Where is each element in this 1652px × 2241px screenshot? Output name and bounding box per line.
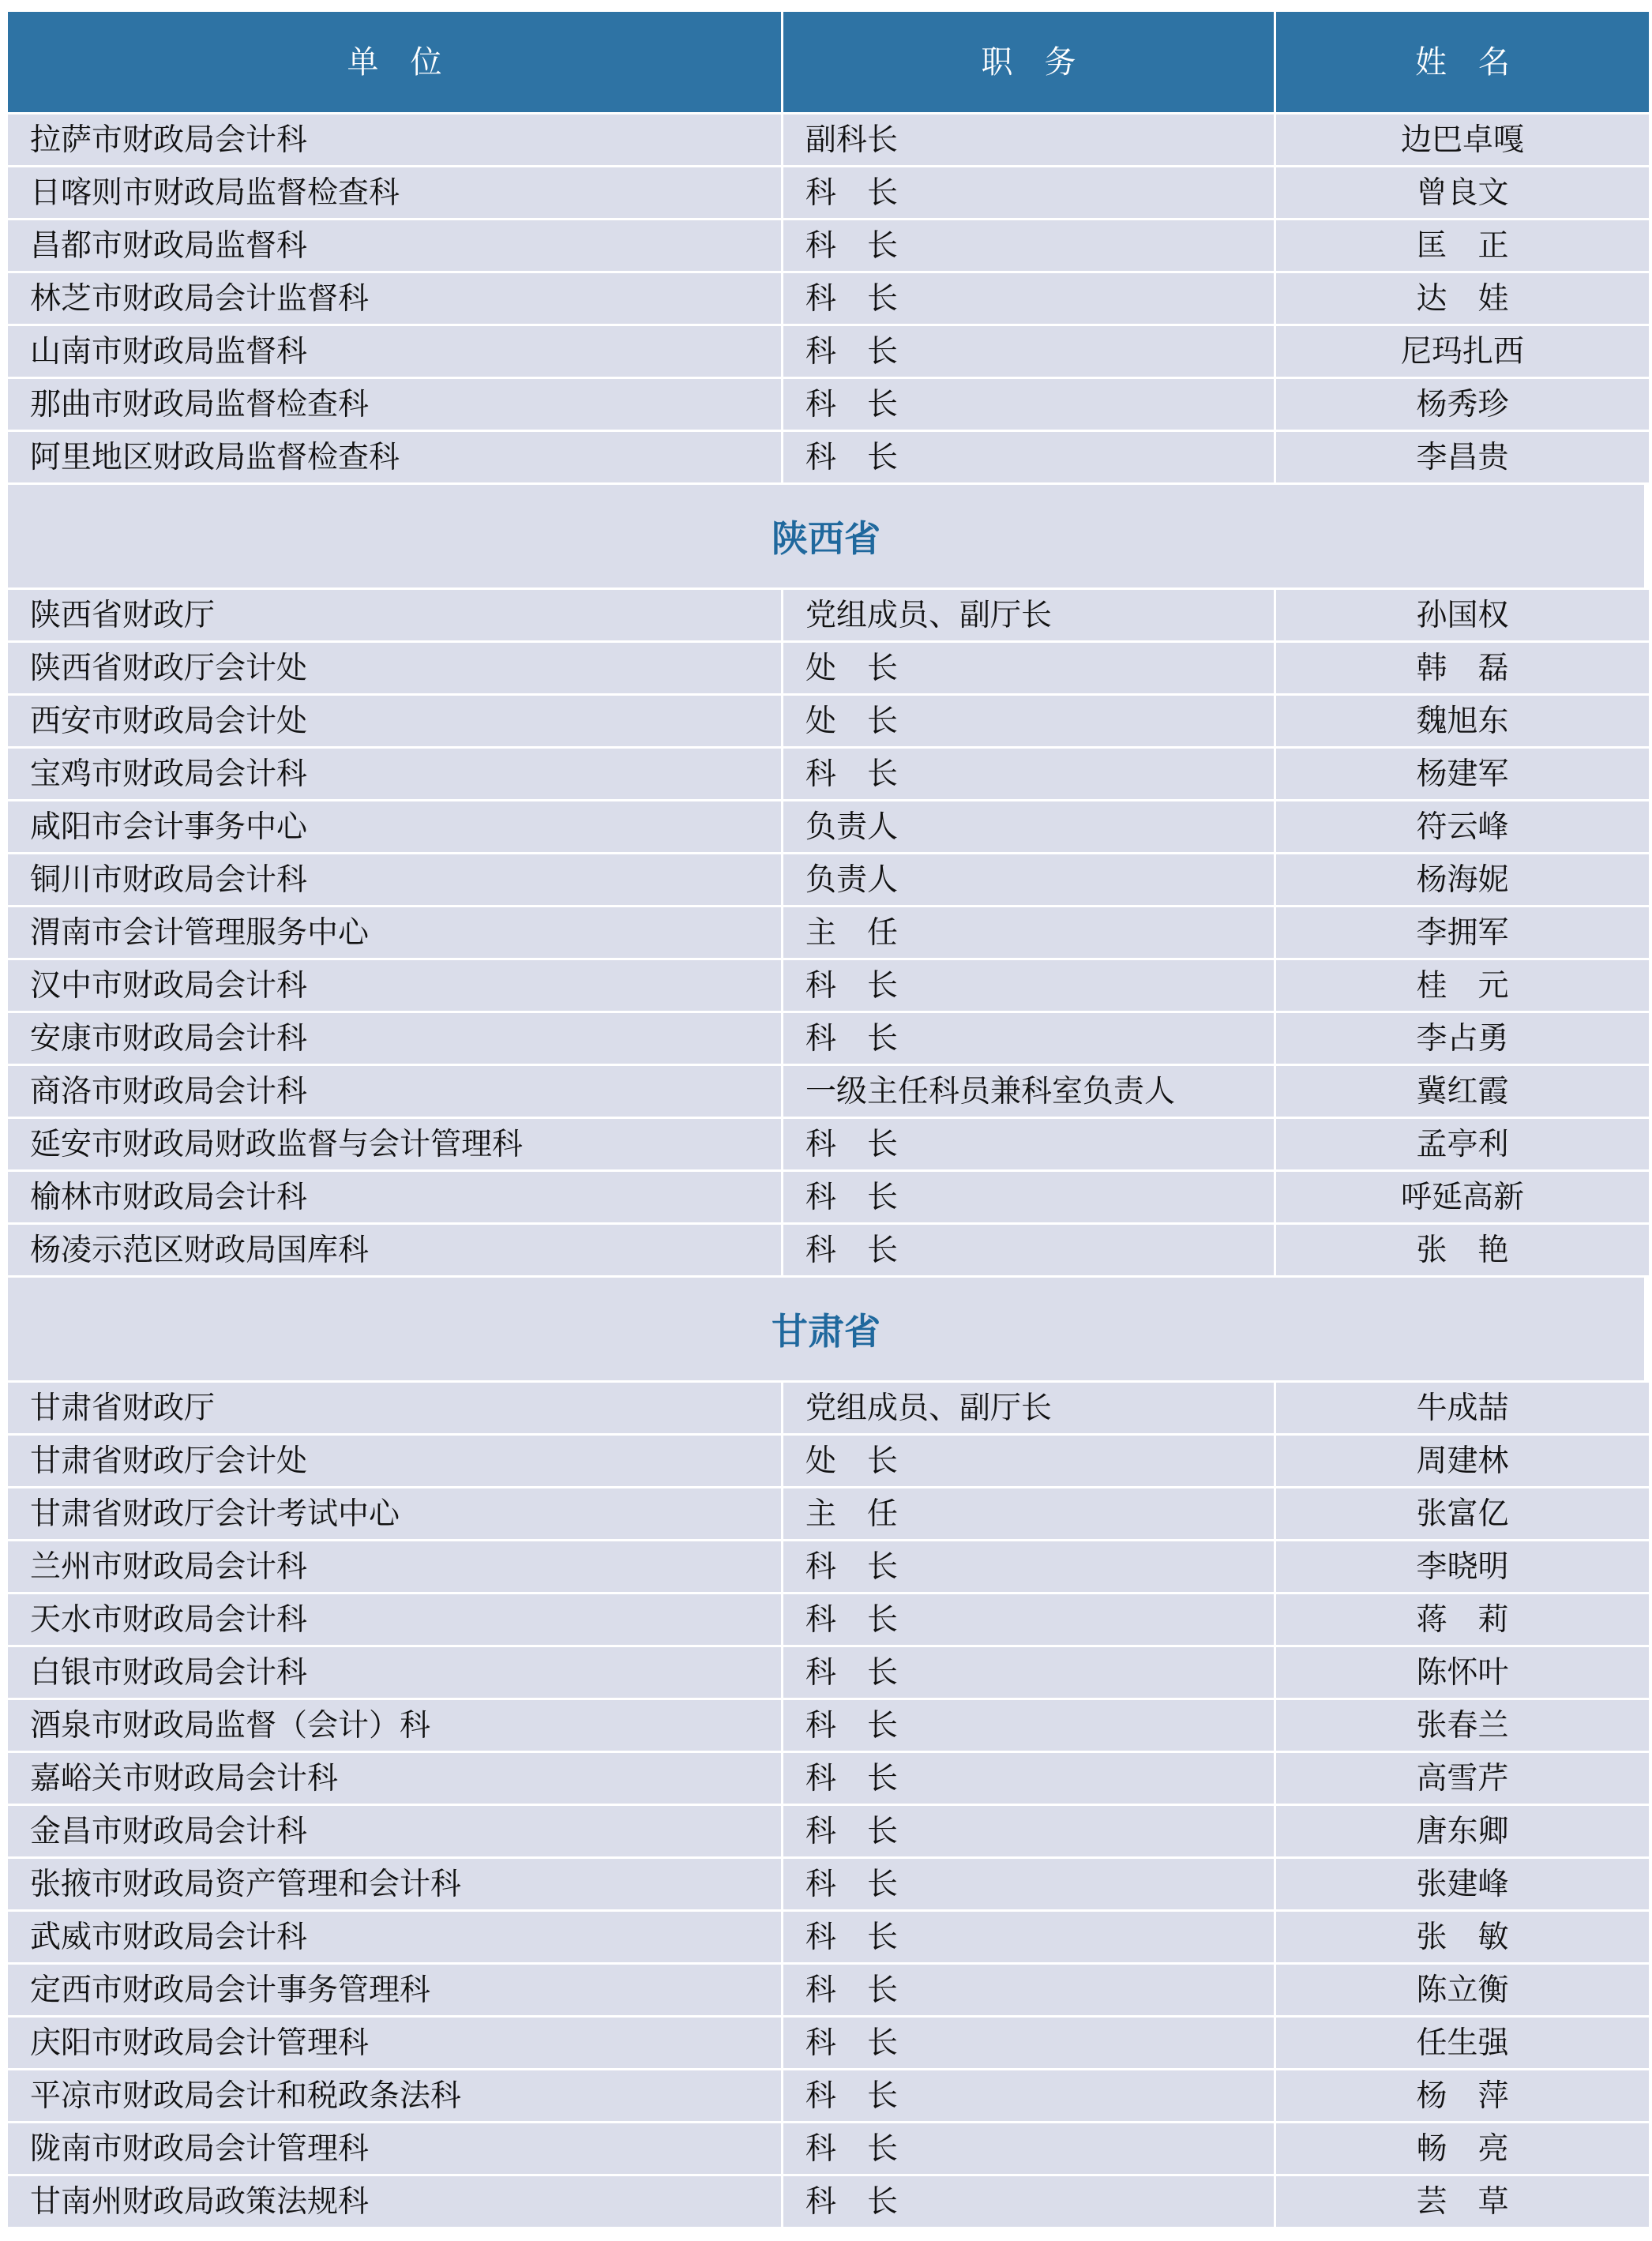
table-row: 张掖市财政局资产管理和会计科科 长张建峰	[8, 1859, 1644, 1909]
unit-cell: 金昌市财政局会计科	[8, 1806, 781, 1856]
unit-cell: 酒泉市财政局监督（会计）科	[8, 1700, 781, 1751]
name-cell: 张建峰	[1276, 1859, 1649, 1909]
name-cell: 唐东卿	[1276, 1806, 1649, 1856]
table-row: 定西市财政局会计事务管理科科 长陈立衡	[8, 1965, 1644, 2015]
table-row: 林芝市财政局会计监督科科 长达 娃	[8, 273, 1644, 324]
table-row: 延安市财政局财政监督与会计管理科科 长孟亭利	[8, 1119, 1644, 1169]
name-cell: 尼玛扎西	[1276, 326, 1649, 377]
name-cell: 周建林	[1276, 1436, 1649, 1486]
position-cell: 科 长	[783, 1912, 1274, 1962]
table-row: 那曲市财政局监督检查科科 长杨秀珍	[8, 379, 1644, 430]
table-row: 甘肃省财政厅会计考试中心主 任张富亿	[8, 1488, 1644, 1539]
name-cell: 呼延高新	[1276, 1172, 1649, 1222]
column-header-position: 职 务	[783, 12, 1274, 112]
unit-cell: 渭南市会计管理服务中心	[8, 907, 781, 958]
name-cell: 杨海妮	[1276, 854, 1649, 905]
position-cell: 处 长	[783, 643, 1274, 693]
name-cell: 杨秀珍	[1276, 379, 1649, 430]
name-cell: 张富亿	[1276, 1488, 1649, 1539]
position-cell: 科 长	[783, 2176, 1274, 2227]
table-row: 甘南州财政局政策法规科科 长芸 草	[8, 2176, 1644, 2227]
unit-cell: 山南市财政局监督科	[8, 326, 781, 377]
position-cell: 科 长	[783, 379, 1274, 430]
unit-cell: 天水市财政局会计科	[8, 1594, 781, 1645]
name-cell: 杨 萍	[1276, 2070, 1649, 2121]
position-cell: 科 长	[783, 432, 1274, 482]
table-row: 杨凌示范区财政局国库科科 长张 艳	[8, 1225, 1644, 1275]
name-cell: 达 娃	[1276, 273, 1649, 324]
roster-table: 单 位 职 务 姓 名 拉萨市财政局会计科副科长边巴卓嘎日喀则市财政局监督检查科…	[8, 12, 1644, 2229]
table-row: 汉中市财政局会计科科 长桂 元	[8, 960, 1644, 1011]
unit-cell: 定西市财政局会计事务管理科	[8, 1965, 781, 2015]
unit-cell: 西安市财政局会计处	[8, 696, 781, 746]
position-cell: 科 长	[783, 2018, 1274, 2068]
position-cell: 党组成员、副厅长	[783, 1383, 1274, 1433]
position-cell: 科 长	[783, 960, 1274, 1011]
column-header-name: 姓 名	[1276, 12, 1649, 112]
table-row: 酒泉市财政局监督（会计）科科 长张春兰	[8, 1700, 1644, 1751]
table-row: 商洛市财政局会计科一级主任科员兼科室负责人冀红霞	[8, 1066, 1644, 1117]
table-row: 平凉市财政局会计和税政条法科科 长杨 萍	[8, 2070, 1644, 2121]
unit-cell: 白银市财政局会计科	[8, 1647, 781, 1698]
unit-cell: 汉中市财政局会计科	[8, 960, 781, 1011]
position-cell: 科 长	[783, 1013, 1274, 1064]
unit-cell: 商洛市财政局会计科	[8, 1066, 781, 1117]
table-row: 天水市财政局会计科科 长蒋 莉	[8, 1594, 1644, 1645]
name-cell: 李昌贵	[1276, 432, 1649, 482]
unit-cell: 陕西省财政厅会计处	[8, 643, 781, 693]
unit-cell: 昌都市财政局监督科	[8, 220, 781, 271]
table-header-row: 单 位 职 务 姓 名	[8, 12, 1644, 112]
unit-cell: 榆林市财政局会计科	[8, 1172, 781, 1222]
position-cell: 科 长	[783, 1594, 1274, 1645]
name-cell: 高雪芹	[1276, 1753, 1649, 1804]
unit-cell: 武威市财政局会计科	[8, 1912, 781, 1962]
name-cell: 李晓明	[1276, 1541, 1649, 1592]
table-row: 西安市财政局会计处处 长魏旭东	[8, 696, 1644, 746]
unit-cell: 宝鸡市财政局会计科	[8, 749, 781, 799]
position-cell: 科 长	[783, 1119, 1274, 1169]
position-cell: 副科长	[783, 114, 1274, 165]
unit-cell: 甘肃省财政厅会计处	[8, 1436, 781, 1486]
position-cell: 主 任	[783, 1488, 1274, 1539]
name-cell: 魏旭东	[1276, 696, 1649, 746]
position-cell: 科 长	[783, 273, 1274, 324]
name-cell: 李拥军	[1276, 907, 1649, 958]
position-cell: 主 任	[783, 907, 1274, 958]
position-cell: 科 长	[783, 1647, 1274, 1698]
position-cell: 科 长	[783, 1859, 1274, 1909]
unit-cell: 那曲市财政局监督检查科	[8, 379, 781, 430]
name-cell: 匡 正	[1276, 220, 1649, 271]
position-cell: 科 长	[783, 1965, 1274, 2015]
name-cell: 蒋 莉	[1276, 1594, 1649, 1645]
name-cell: 边巴卓嘎	[1276, 114, 1649, 165]
unit-cell: 咸阳市会计事务中心	[8, 801, 781, 852]
table-row: 宝鸡市财政局会计科科 长杨建军	[8, 749, 1644, 799]
unit-cell: 嘉峪关市财政局会计科	[8, 1753, 781, 1804]
table-row: 兰州市财政局会计科科 长李晓明	[8, 1541, 1644, 1592]
position-cell: 处 长	[783, 696, 1274, 746]
table-row: 金昌市财政局会计科科 长唐东卿	[8, 1806, 1644, 1856]
table-row: 嘉峪关市财政局会计科科 长高雪芹	[8, 1753, 1644, 1804]
position-cell: 科 长	[783, 1700, 1274, 1751]
column-header-unit: 单 位	[8, 12, 781, 112]
table-row: 山南市财政局监督科科 长尼玛扎西	[8, 326, 1644, 377]
unit-cell: 安康市财政局会计科	[8, 1013, 781, 1064]
position-cell: 科 长	[783, 220, 1274, 271]
unit-cell: 甘肃省财政厅	[8, 1383, 781, 1433]
unit-cell: 林芝市财政局会计监督科	[8, 273, 781, 324]
table-row: 陇南市财政局会计管理科科 长畅 亮	[8, 2123, 1644, 2174]
unit-cell: 延安市财政局财政监督与会计管理科	[8, 1119, 781, 1169]
table-row: 白银市财政局会计科科 长陈怀叶	[8, 1647, 1644, 1698]
table-row: 武威市财政局会计科科 长张 敏	[8, 1912, 1644, 1962]
unit-cell: 日喀则市财政局监督检查科	[8, 167, 781, 218]
table-row: 日喀则市财政局监督检查科科 长曾良文	[8, 167, 1644, 218]
position-cell: 科 长	[783, 1225, 1274, 1275]
table-row: 甘肃省财政厅党组成员、副厅长牛成喆	[8, 1383, 1644, 1433]
unit-cell: 铜川市财政局会计科	[8, 854, 781, 905]
name-cell: 张 敏	[1276, 1912, 1649, 1962]
name-cell: 陈立衡	[1276, 1965, 1649, 2015]
name-cell: 张春兰	[1276, 1700, 1649, 1751]
position-cell: 科 长	[783, 326, 1274, 377]
section-header-row: 陕西省	[8, 485, 1644, 587]
table-row: 甘肃省财政厅会计处处 长周建林	[8, 1436, 1644, 1486]
position-cell: 科 长	[783, 749, 1274, 799]
position-cell: 科 长	[783, 1806, 1274, 1856]
unit-cell: 甘南州财政局政策法规科	[8, 2176, 781, 2227]
position-cell: 科 长	[783, 1753, 1274, 1804]
name-cell: 张 艳	[1276, 1225, 1649, 1275]
unit-cell: 杨凌示范区财政局国库科	[8, 1225, 781, 1275]
table-row: 拉萨市财政局会计科副科长边巴卓嘎	[8, 114, 1644, 165]
unit-cell: 甘肃省财政厅会计考试中心	[8, 1488, 781, 1539]
name-cell: 桂 元	[1276, 960, 1649, 1011]
position-cell: 科 长	[783, 1541, 1274, 1592]
unit-cell: 陇南市财政局会计管理科	[8, 2123, 781, 2174]
position-cell: 一级主任科员兼科室负责人	[783, 1066, 1274, 1117]
table-row: 庆阳市财政局会计管理科科 长任生强	[8, 2018, 1644, 2068]
name-cell: 李占勇	[1276, 1013, 1649, 1064]
position-cell: 科 长	[783, 2070, 1274, 2121]
table-row: 陕西省财政厅会计处处 长韩 磊	[8, 643, 1644, 693]
position-cell: 科 长	[783, 2123, 1274, 2174]
unit-cell: 平凉市财政局会计和税政条法科	[8, 2070, 781, 2121]
table-row: 榆林市财政局会计科科 长呼延高新	[8, 1172, 1644, 1222]
unit-cell: 兰州市财政局会计科	[8, 1541, 781, 1592]
section-header-row: 甘肃省	[8, 1278, 1644, 1380]
name-cell: 陈怀叶	[1276, 1647, 1649, 1698]
position-cell: 负责人	[783, 801, 1274, 852]
table-row: 安康市财政局会计科科 长李占勇	[8, 1013, 1644, 1064]
name-cell: 芸 草	[1276, 2176, 1649, 2227]
unit-cell: 陕西省财政厅	[8, 590, 781, 640]
name-cell: 曾良文	[1276, 167, 1649, 218]
unit-cell: 拉萨市财政局会计科	[8, 114, 781, 165]
name-cell: 冀红霞	[1276, 1066, 1649, 1117]
unit-cell: 张掖市财政局资产管理和会计科	[8, 1859, 781, 1909]
unit-cell: 阿里地区财政局监督检查科	[8, 432, 781, 482]
unit-cell: 庆阳市财政局会计管理科	[8, 2018, 781, 2068]
name-cell: 畅 亮	[1276, 2123, 1649, 2174]
position-cell: 党组成员、副厅长	[783, 590, 1274, 640]
position-cell: 负责人	[783, 854, 1274, 905]
table-row: 昌都市财政局监督科科 长匡 正	[8, 220, 1644, 271]
position-cell: 科 长	[783, 1172, 1274, 1222]
position-cell: 处 长	[783, 1436, 1274, 1486]
name-cell: 孟亭利	[1276, 1119, 1649, 1169]
name-cell: 任生强	[1276, 2018, 1649, 2068]
table-row: 铜川市财政局会计科负责人杨海妮	[8, 854, 1644, 905]
table-row: 渭南市会计管理服务中心主 任李拥军	[8, 907, 1644, 958]
name-cell: 孙国权	[1276, 590, 1649, 640]
name-cell: 韩 磊	[1276, 643, 1649, 693]
table-body: 拉萨市财政局会计科副科长边巴卓嘎日喀则市财政局监督检查科科 长曾良文昌都市财政局…	[8, 114, 1644, 2227]
name-cell: 牛成喆	[1276, 1383, 1649, 1433]
name-cell: 杨建军	[1276, 749, 1649, 799]
table-row: 咸阳市会计事务中心负责人符云峰	[8, 801, 1644, 852]
position-cell: 科 长	[783, 167, 1274, 218]
table-row: 阿里地区财政局监督检查科科 长李昌贵	[8, 432, 1644, 482]
table-row: 陕西省财政厅党组成员、副厅长孙国权	[8, 590, 1644, 640]
name-cell: 符云峰	[1276, 801, 1649, 852]
